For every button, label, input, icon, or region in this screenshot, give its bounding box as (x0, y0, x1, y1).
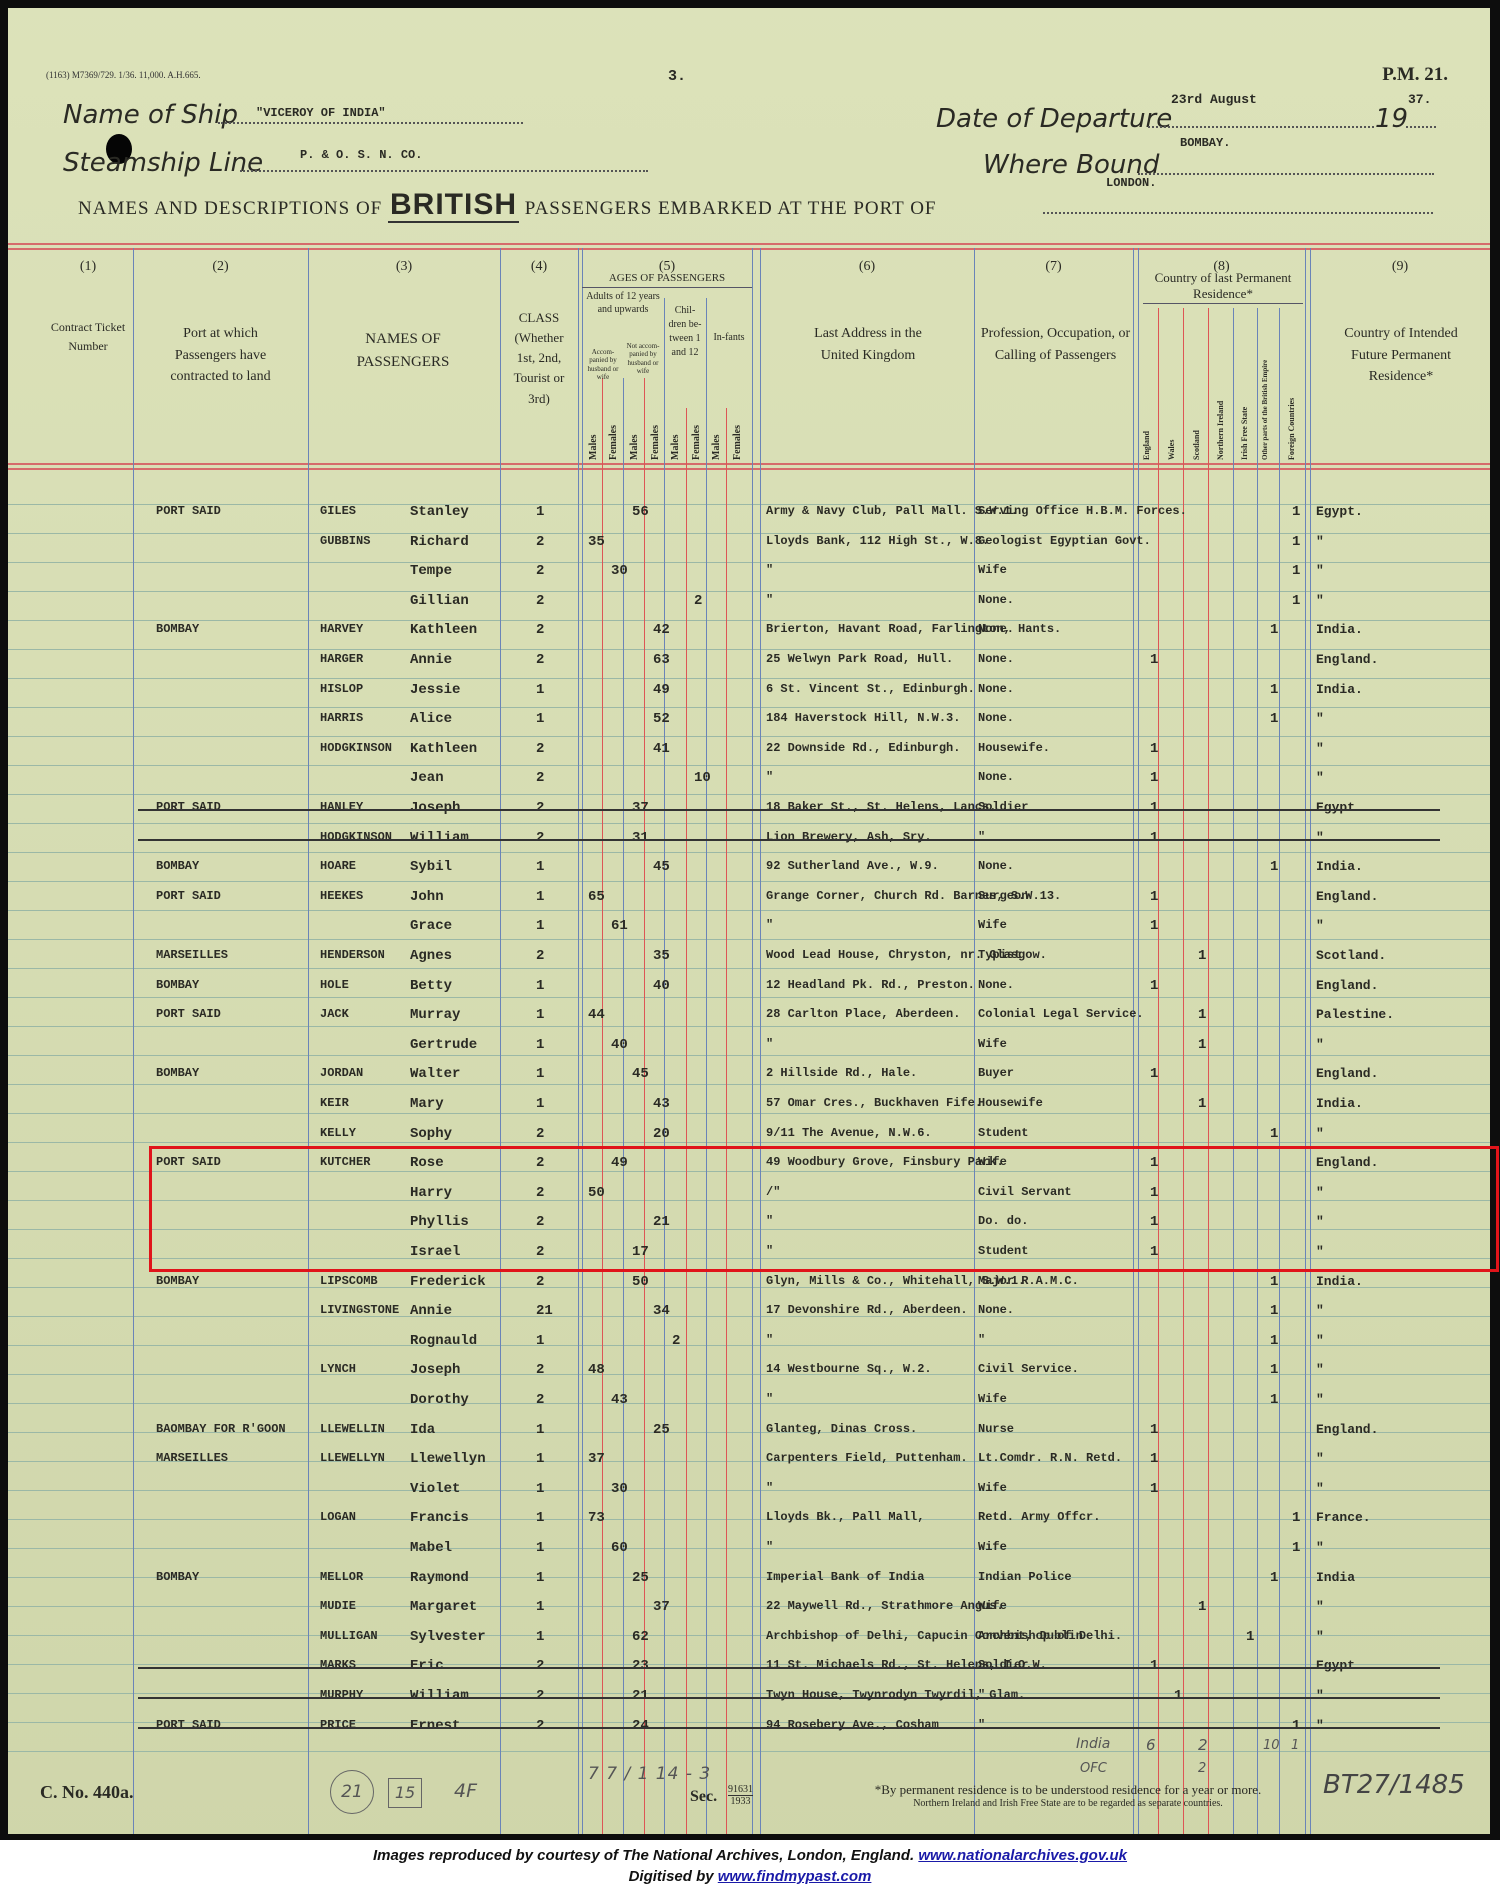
address-cell: Lloyds Bank, 112 High St., W.8. (766, 534, 989, 548)
age-cell: 30 (611, 1481, 628, 1497)
age-cell: 52 (653, 711, 670, 727)
residence-mark: 1 (1150, 1481, 1158, 1497)
passenger-row: HARRISAlice152184 Haverstock Hill, N.W.3… (8, 705, 1490, 733)
surname-cell: LLEWELLIN (320, 1422, 385, 1436)
first-name-cell: Raymond (410, 1570, 469, 1586)
col3-num: (3) (308, 256, 500, 278)
age-sub-females: Females (691, 425, 702, 460)
address-cell: " (766, 593, 773, 607)
future-residence-cell: India. (1316, 622, 1363, 637)
future-residence-cell: India. (1316, 1096, 1363, 1111)
occupation-cell: Wife (978, 1392, 1007, 1406)
digitised-text: Digitised by (629, 1868, 714, 1885)
occupation-cell: Lt.Comdr. R.N. Retd. (978, 1451, 1122, 1465)
occupation-cell: Major R.A.M.C. (978, 1274, 1079, 1288)
first-name-cell: Ernest (410, 1718, 460, 1734)
surname-cell: MELLOR (320, 1570, 363, 1584)
ship-label: Name of Ship (63, 100, 238, 130)
port-of-embarkation: LONDON. (1106, 176, 1156, 190)
age-cell: 41 (653, 741, 670, 757)
residence-mark: 1 (1150, 1066, 1158, 1082)
residence-mark: 1 (1150, 830, 1158, 846)
age-cell: 44 (588, 1007, 605, 1023)
class-cell: 1 (536, 1333, 544, 1349)
class-cell: 1 (536, 1422, 544, 1438)
surname-cell: LYNCH (320, 1362, 356, 1376)
class-cell: 2 (536, 1274, 544, 1290)
residence-mark: 1 (1150, 652, 1158, 668)
surname-cell: MARKS (320, 1658, 356, 1672)
class-cell: 2 (536, 652, 544, 668)
passenger-row: HISLOPJessie1496 St. Vincent St., Edinbu… (8, 676, 1490, 704)
age-cell: 2 (672, 1333, 680, 1349)
credits-line-1: Images reproduced by courtesy of The Nat… (0, 1847, 1500, 1864)
first-name-cell: Llewellyn (410, 1451, 486, 1467)
port-cell: BOMBAY (156, 622, 199, 636)
residence-mark: 1 (1198, 1037, 1206, 1053)
surname-cell: LLEWELLYN (320, 1451, 385, 1465)
residence-mark: 1 (1270, 682, 1278, 698)
occupation-cell: " (978, 1718, 985, 1732)
age-sub-males: Males (670, 434, 681, 460)
footnote: *By permanent residence is to be underst… (818, 1782, 1318, 1809)
passenger-row: LYNCHJoseph24814 Westbourne Sq., W.2.Civ… (8, 1356, 1490, 1384)
surname-cell: HARVEY (320, 622, 363, 636)
age-cell: 50 (632, 1274, 649, 1290)
age-cell: 48 (588, 1362, 605, 1378)
first-name-cell: Tempe (410, 563, 452, 579)
future-residence-cell: " (1316, 1303, 1324, 1318)
port-cell: BOMBAY (156, 859, 199, 873)
class-cell: 1 (536, 682, 544, 698)
residence-mark: 1 (1270, 1392, 1278, 1408)
port-cell: PORT SAID (156, 1007, 221, 1021)
class-cell: 2 (536, 1658, 544, 1674)
col7-label: Profession, Occupation, or Calling of Pa… (978, 323, 1133, 366)
future-residence-cell: " (1316, 1333, 1324, 1348)
passenger-row: GUBBINSRichard235Lloyds Bank, 112 High S… (8, 528, 1490, 556)
age-cell: 2 (694, 593, 702, 609)
class-cell: 1 (536, 859, 544, 875)
not-accompanied-label: Not accom-panied by husband or wife (624, 342, 662, 376)
future-residence-cell: " (1316, 1037, 1324, 1052)
age-sub-males: Males (588, 434, 599, 460)
class-cell: 2 (536, 800, 544, 816)
address-cell: 57 Omar Cres., Buckhaven Fife. (766, 1096, 982, 1110)
passenger-row: KEIRMary14357 Omar Cres., Buckhaven Fife… (8, 1090, 1490, 1118)
departure-year: 37. (1408, 92, 1431, 107)
first-name-cell: Gertrude (410, 1037, 477, 1053)
hand-note: 4F (454, 1780, 477, 1802)
sec-year: 1933 (728, 1796, 753, 1807)
occupation-cell: Wife (978, 1599, 1007, 1613)
first-name-cell: Agnes (410, 948, 452, 964)
address-cell: 14 Westbourne Sq., W.2. (766, 1362, 932, 1376)
residence-mark: 1 (1270, 1570, 1278, 1586)
col7-num: (7) (974, 256, 1133, 278)
col4-num: (4) (500, 256, 578, 278)
address-cell: " (766, 1037, 773, 1051)
col6-label: Last Address in the United Kingdom (798, 323, 938, 366)
passenger-row: PORT SAIDPRICEErnest22494 Rosebery Ave.,… (8, 1712, 1490, 1740)
surname-cell: JORDAN (320, 1066, 363, 1080)
residence-mark: 1 (1198, 1599, 1206, 1615)
first-name-cell: Ida (410, 1422, 435, 1438)
age-cell: 62 (632, 1629, 649, 1645)
surname-cell: JACK (320, 1007, 349, 1021)
surname-cell: LOGAN (320, 1510, 356, 1524)
age-cell: 63 (653, 652, 670, 668)
future-residence-cell: Egypt. (1316, 800, 1363, 815)
surname-cell: HOARE (320, 859, 356, 873)
first-name-cell: Sophy (410, 1126, 452, 1142)
age-cell: 25 (653, 1422, 670, 1438)
passenger-row: Dorothy243"Wife"1 (8, 1386, 1490, 1414)
first-name-cell: Sybil (410, 859, 452, 875)
first-name-cell: Betty (410, 978, 452, 994)
residence-mark: 1 (1198, 1007, 1206, 1023)
total-england: 6 (1146, 1736, 1156, 1754)
passenger-row: Gertrude140"Wife"1 (8, 1031, 1490, 1059)
residence-mark: 1 (1292, 504, 1300, 520)
age-cell: 49 (653, 682, 670, 698)
age-cell: 10 (694, 770, 711, 786)
boxed-count: 15 (388, 1778, 422, 1808)
future-residence-cell: Scotland. (1316, 948, 1386, 963)
residence-mark: 1 (1270, 711, 1278, 727)
occupation-cell: None. (978, 622, 1014, 636)
departure-label: Date of Departure (936, 104, 1172, 134)
age-cell: 25 (632, 1570, 649, 1586)
address-cell: " (766, 1392, 773, 1406)
accompanied-label: Accom-panied by husband or wife (584, 348, 622, 382)
highlight-box-kutcher-family (149, 1146, 1499, 1272)
age-cell: 31 (632, 830, 649, 846)
occupation-cell: Civil Service. (978, 1362, 1079, 1376)
first-name-cell: Grace (410, 918, 452, 934)
port-cell: PORT SAID (156, 1718, 221, 1732)
class-cell: 2 (536, 1362, 544, 1378)
col8-label: Country of last Permanent Residence* (1143, 270, 1303, 304)
occupation-cell: Soldier (978, 800, 1028, 814)
age-cell: 23 (632, 1658, 649, 1674)
passenger-row: PORT SAIDGILESStanley156Army & Navy Club… (8, 498, 1490, 526)
col9-num: (9) (1310, 256, 1490, 278)
total-scotland: 2 (1198, 1736, 1208, 1754)
occupation-cell: None. (978, 711, 1014, 725)
port-dots (1043, 210, 1433, 214)
passenger-row: KELLYSophy2209/11 The Avenue, N.W.6.Stud… (8, 1120, 1490, 1148)
residence-mark: 1 (1150, 770, 1158, 786)
port-cell: BOMBAY (156, 1066, 199, 1080)
future-residence-cell: " (1316, 1688, 1324, 1703)
future-residence-cell: " (1316, 563, 1324, 578)
passenger-row: HODGKINSONWilliam231Lion Brewery, Ash, S… (8, 824, 1490, 852)
surname-cell: HISLOP (320, 682, 363, 696)
occupation-cell: Wife (978, 1540, 1007, 1554)
age-cell: 20 (653, 1126, 670, 1142)
title-post: PASSENGERS EMBARKED AT THE PORT OF (525, 198, 937, 219)
address-cell: 2 Hillside Rd., Hale. (766, 1066, 917, 1080)
credits-line-2: Digitised by www.findmypast.com (0, 1868, 1500, 1885)
occupation-cell: " (978, 830, 985, 844)
occupation-cell: Housewife (978, 1096, 1043, 1110)
residence-mark: 1 (1198, 1096, 1206, 1112)
first-name-cell: Jessie (410, 682, 460, 698)
future-residence-cell: " (1316, 593, 1324, 608)
res-sub-irish-free-state: Irish Free State (1240, 407, 1249, 460)
form-code: (1163) M7369/729. 1/36. 11,000. A.H.665. (46, 70, 201, 80)
age-cell: 40 (653, 978, 670, 994)
surname-cell: HARRIS (320, 711, 363, 725)
national-archives-link[interactable]: www.nationalarchives.gov.uk (918, 1847, 1127, 1864)
passenger-row: LIVINGSTONEAnnie213417 Devonshire Rd., A… (8, 1297, 1490, 1325)
address-cell: " (766, 1333, 773, 1347)
findmypast-link[interactable]: www.findmypast.com (718, 1868, 872, 1885)
surname-cell: KEIR (320, 1096, 349, 1110)
occupation-cell: Wife (978, 563, 1007, 577)
future-residence-cell: " (1316, 1718, 1324, 1733)
address-cell: 92 Sutherland Ave., W.9. (766, 859, 939, 873)
residence-mark: 1 (1150, 741, 1158, 757)
passenger-row: Rognauld12"""1 (8, 1327, 1490, 1355)
residence-mark: 1 (1270, 1333, 1278, 1349)
address-cell: 22 Downside Rd., Edinburgh. (766, 741, 960, 755)
first-name-cell: Dorothy (410, 1392, 469, 1408)
passenger-row: Gillian22"None."1 (8, 587, 1490, 615)
passenger-row: BOMBAYHOLEBetty14012 Headland Pk. Rd., P… (8, 972, 1490, 1000)
residence-mark: 1 (1246, 1629, 1254, 1645)
passenger-row: Mabel160"Wife"1 (8, 1534, 1490, 1562)
future-residence-cell: " (1316, 534, 1324, 549)
future-residence-cell: " (1316, 1481, 1324, 1496)
first-name-cell: Mary (410, 1096, 444, 1112)
class-cell: 2 (536, 534, 544, 550)
future-residence-cell: " (1316, 770, 1324, 785)
surname-cell: HANLEY (320, 800, 363, 814)
where-bound: BOMBAY. (1180, 136, 1230, 150)
surname-cell: KELLY (320, 1126, 356, 1140)
port-cell: MARSEILLES (156, 1451, 228, 1465)
occupation-cell: None. (978, 978, 1014, 992)
future-residence-cell: France. (1316, 1510, 1371, 1525)
surname-cell: LIPSCOMB (320, 1274, 378, 1288)
passenger-row: PORT SAIDHANLEYJoseph23718 Baker St., St… (8, 794, 1490, 822)
first-name-cell: Kathleen (410, 741, 477, 757)
col1-label: Contract Ticket Number (48, 318, 128, 355)
surname-cell: HEEKES (320, 889, 363, 903)
passenger-row: HODGKINSONKathleen24122 Downside Rd., Ed… (8, 735, 1490, 763)
age-cell: 60 (611, 1540, 628, 1556)
age-sub-females: Females (732, 425, 743, 460)
line-dots (240, 168, 648, 172)
residence-mark: 1 (1270, 622, 1278, 638)
class-cell: 2 (536, 1392, 544, 1408)
form-title: NAMES AND DESCRIPTIONS OF BRITISH PASSEN… (78, 188, 936, 222)
future-residence-cell: " (1316, 1362, 1324, 1377)
passenger-row: PORT SAIDHEEKESJohn165Grange Corner, Chu… (8, 883, 1490, 911)
surname-cell: PRICE (320, 1718, 356, 1732)
first-name-cell: Jean (410, 770, 444, 786)
address-cell: Carpenters Field, Puttenham. (766, 1451, 968, 1465)
first-name-cell: Gillian (410, 593, 469, 609)
address-cell: 12 Headland Pk. Rd., Preston. (766, 978, 975, 992)
class-cell: 1 (536, 1037, 544, 1053)
total-other-british: 10 (1263, 1738, 1280, 1753)
address-cell: " (766, 563, 773, 577)
col6-num: (6) (760, 256, 974, 278)
first-name-cell: Frederick (410, 1274, 486, 1290)
year-prefix: 19 (1375, 104, 1408, 134)
residence-mark: 1 (1270, 1126, 1278, 1142)
class-cell: 2 (536, 622, 544, 638)
class-cell: 1 (536, 1540, 544, 1556)
address-cell: 9/11 The Avenue, N.W.6. (766, 1126, 932, 1140)
infants-label: In-fants (708, 330, 750, 346)
passenger-row: MARSEILLESLLEWELLYNLlewellyn137Carpenter… (8, 1445, 1490, 1473)
future-residence-cell: " (1316, 1599, 1324, 1614)
occupation-cell: Typist (978, 948, 1021, 962)
res-sub-other-british: Other parts of the British Empire (1262, 350, 1269, 460)
ship-dots (218, 120, 523, 124)
first-name-cell: Joseph (410, 800, 460, 816)
address-cell: 28 Carlton Place, Aberdeen. (766, 1007, 960, 1021)
col3-label: NAMES OF PASSENGERS (348, 328, 458, 375)
first-name-cell: Mabel (410, 1540, 452, 1556)
address-cell: " (766, 770, 773, 784)
class-cell: 2 (536, 830, 544, 846)
surname-cell: HODGKINSON (320, 741, 392, 755)
class-cell: 1 (536, 1510, 544, 1526)
occupation-cell: Soldier (978, 1658, 1028, 1672)
year-dots (1406, 124, 1436, 128)
future-residence-cell: India. (1316, 859, 1363, 874)
occupation-cell: Wife (978, 1481, 1007, 1495)
future-residence-cell: England. (1316, 652, 1378, 667)
age-cell: 45 (653, 859, 670, 875)
occupation-cell: Serving Office H.B.M. Forces. (978, 504, 1187, 518)
occupation-cell: Geologist Egyptian Govt. (978, 534, 1151, 548)
archive-reference: BT27/1485 (1323, 1770, 1465, 1800)
occupation-cell: None. (978, 1303, 1014, 1317)
first-name-cell: Kathleen (410, 622, 477, 638)
address-cell: 25 Welwyn Park Road, Hull. (766, 652, 953, 666)
occupation-cell: Archbishop of Delhi. (978, 1629, 1122, 1643)
future-residence-cell: Egypt. (1316, 504, 1363, 519)
surname-cell: MURPHY (320, 1688, 363, 1702)
residence-mark: 1 (1292, 593, 1300, 609)
passenger-row: PORT SAIDJACKMurray14428 Carlton Place, … (8, 1001, 1490, 1029)
address-cell: 94 Rosebery Ave., Cosham (766, 1718, 939, 1732)
residence-mark: 1 (1150, 1422, 1158, 1438)
class-cell: 1 (536, 1629, 544, 1645)
address-cell: " (766, 1481, 773, 1495)
occupation-cell: Retd. Army Offcr. (978, 1510, 1100, 1524)
address-cell: 17 Devonshire Rd., Aberdeen. (766, 1303, 968, 1317)
children-label: Chil-dren be-tween 1 and 12 (666, 304, 704, 360)
future-residence-cell: " (1316, 918, 1324, 933)
departure-dots (1148, 124, 1374, 128)
bound-dots (1138, 171, 1434, 175)
future-residence-cell: " (1316, 1126, 1324, 1141)
totals-label-2: OFC (1080, 1761, 1107, 1776)
res-sub-scotland: Scotland (1192, 430, 1201, 460)
residence-mark: 1 (1150, 978, 1158, 994)
age-cell: 35 (653, 948, 670, 964)
header-top-rule (8, 243, 1490, 245)
future-residence-cell: Egypt. (1316, 1658, 1363, 1673)
class-cell: 1 (536, 918, 544, 934)
residence-mark: 1 (1292, 1540, 1300, 1556)
age-cell: 43 (653, 1096, 670, 1112)
first-name-cell: Richard (410, 534, 469, 550)
col2-label: Port at which Passengers have contracted… (153, 323, 288, 388)
age-cell: 61 (611, 918, 628, 934)
totals-label: India (1076, 1736, 1110, 1752)
page-number: 3. (668, 68, 686, 85)
class-cell: 1 (536, 1570, 544, 1586)
first-name-cell: John (410, 889, 444, 905)
occupation-cell: None. (978, 770, 1014, 784)
occupation-cell: Indian Police (978, 1570, 1072, 1584)
future-residence-cell: India. (1316, 682, 1363, 697)
residence-mark: 1 (1292, 1718, 1300, 1734)
residence-mark: 1 (1150, 918, 1158, 934)
class-cell: 2 (536, 563, 544, 579)
residence-mark: 1 (1150, 800, 1158, 816)
age-cell: 42 (653, 622, 670, 638)
first-name-cell: Alice (410, 711, 452, 727)
port-cell: PORT SAID (156, 889, 221, 903)
class-cell: 2 (536, 770, 544, 786)
footnote-line-2: Northern Ireland and Irish Free State ar… (818, 1798, 1318, 1809)
class-cell: 2 (536, 593, 544, 609)
col4-label: CLASS (Whether 1st, 2nd, Tourist or 3rd) (508, 308, 570, 409)
residence-mark: 1 (1292, 1510, 1300, 1526)
class-cell: 1 (536, 1096, 544, 1112)
occupation-cell: None. (978, 859, 1014, 873)
occupation-cell: Wife (978, 1037, 1007, 1051)
sec-label: Sec. (690, 1788, 717, 1806)
residence-mark: 1 (1150, 1451, 1158, 1467)
future-residence-cell: England. (1316, 978, 1378, 993)
address-cell: " (766, 1540, 773, 1554)
class-cell: 2 (536, 948, 544, 964)
address-cell: 22 Maywell Rd., Strathmore Angus. (766, 1599, 1004, 1613)
surname-cell: HOLE (320, 978, 349, 992)
first-name-cell: Joseph (410, 1362, 460, 1378)
footnote-line-1: *By permanent residence is to be underst… (818, 1782, 1318, 1798)
age-sub-males: Males (711, 434, 722, 460)
class-cell: 1 (536, 1007, 544, 1023)
surname-cell: MUDIE (320, 1599, 356, 1613)
steamship-line: P. & O. S. N. CO. (300, 148, 422, 162)
future-residence-cell: England. (1316, 889, 1378, 904)
adults-label: Adults of 12 years and upwards (584, 290, 662, 316)
occupation-cell: Housewife. (978, 741, 1050, 755)
age-cell: 24 (632, 1718, 649, 1734)
occupation-cell: Colonial Legal Service. (978, 1007, 1144, 1021)
age-sub-females: Females (608, 425, 619, 460)
future-residence-cell: England. (1316, 1422, 1378, 1437)
occupation-cell: None. (978, 682, 1014, 696)
future-residence-cell: " (1316, 711, 1324, 726)
age-cell: 37 (653, 1599, 670, 1615)
age-cell: 34 (653, 1303, 670, 1319)
class-cell: 2 (536, 741, 544, 757)
address-cell: Lion Brewery, Ash, Sry. (766, 830, 932, 844)
port-cell: BOMBAY (156, 978, 199, 992)
